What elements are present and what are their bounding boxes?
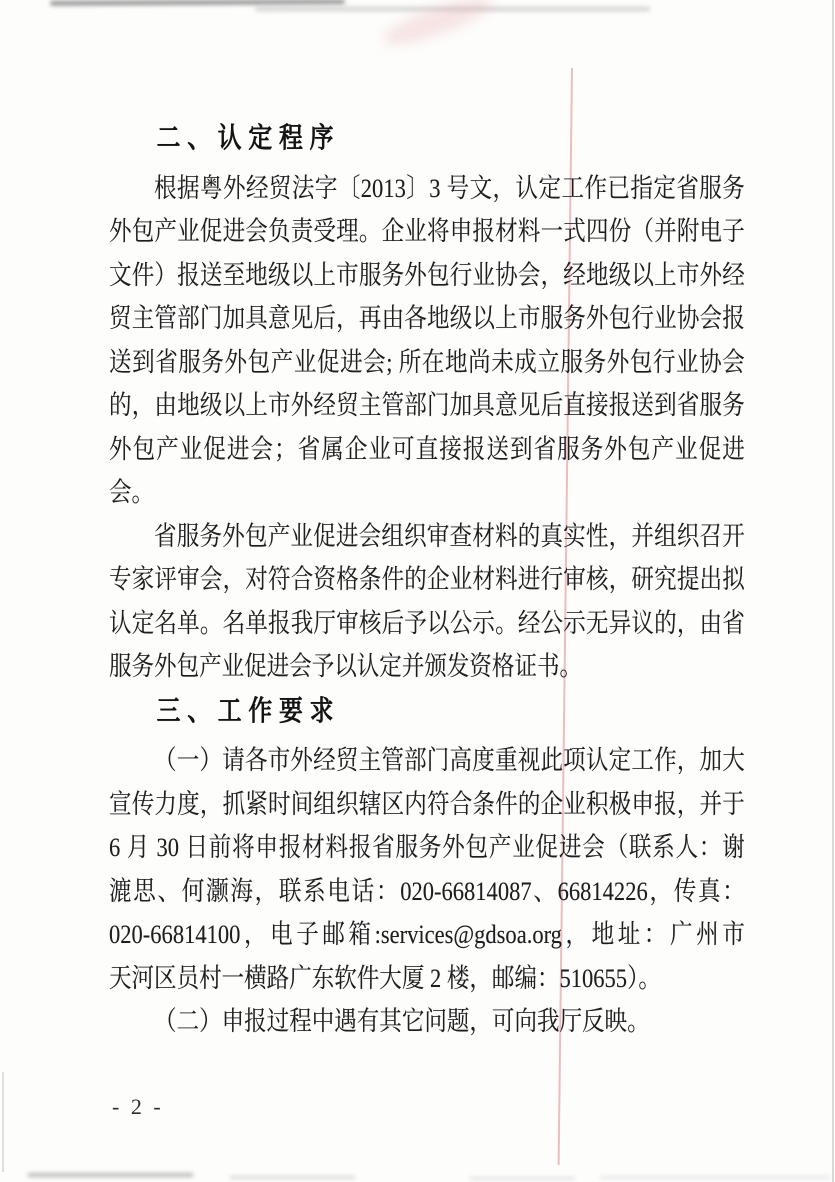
- page-edge-left-line: [2, 1072, 4, 1172]
- paragraph-line: 天河区员村一横路广东软件大厦 2 楼，邮编：510655）。: [109, 957, 745, 1001]
- scan-smudge-bottom-4: [600, 1176, 830, 1179]
- paragraph-line: 根据粤外经贸法字〔2013〕3 号文，认定工作已指定省服务: [109, 167, 745, 211]
- document-body: 二、认定程序 根据粤外经贸法字〔2013〕3 号文，认定工作已指定省服务 外包产…: [109, 116, 745, 1044]
- paragraph-line: 外包产业促进会；省属企业可直接报送到省服务外包产业促进: [109, 428, 745, 472]
- paragraph-line: （一）请各市外经贸主管部门高度重视此项认定工作，加大: [109, 739, 745, 783]
- paragraph-line: 送到省服务外包产业促进会; 所在地尚未成立服务外包行业协会: [109, 341, 745, 385]
- section-heading: 二、认定程序: [109, 116, 745, 160]
- paragraph-line: 漉思、何灏海，联系电话：020-66814087、66814226，传真：: [109, 870, 745, 914]
- scan-smudge-bottom-1: [28, 1173, 193, 1177]
- scanned-document-page: 二、认定程序 根据粤外经贸法字〔2013〕3 号文，认定工作已指定省服务 外包产…: [0, 0, 835, 1182]
- paragraph-line: 贸主管部门加具意见后，再由各地级以上市服务外包行业协会报: [109, 297, 745, 341]
- scan-smudge-top-center: [255, 7, 650, 11]
- scan-smudge-bottom-3: [470, 1177, 575, 1180]
- paragraph-line: 服务外包产业促进会予以认定并颁发资格证书。: [109, 645, 745, 689]
- page-number: - 2 -: [112, 1094, 164, 1120]
- paragraph-line: 6 月 30 日前将申报材料报省服务外包产业促进会（联系人：谢: [109, 826, 745, 870]
- section-heading: 三、工作要求: [109, 689, 745, 733]
- scan-smudge-top-left: [50, 0, 345, 6]
- paragraph-line: 文件）报送至地级以上市服务外包行业协会，经地级以上市外经: [109, 254, 745, 298]
- paragraph-line: 省服务外包产业促进会组织审查材料的真实性，并组织召开: [109, 515, 745, 559]
- paragraph-line: 外包产业促进会负责受理。企业将申报材料一式四份（并附电子: [109, 210, 745, 254]
- paragraph-line: 宣传力度，抓紧时间组织辖区内符合条件的企业积极申报，并于: [109, 783, 745, 827]
- paragraph-line: 认定名单。名单报我厅审核后予以公示。经公示无异议的，由省: [109, 602, 745, 646]
- scan-pink-mark: [379, 0, 496, 53]
- paragraph-line: 专家评审会，对符合资格条件的企业材料进行审核，研究提出拟: [109, 558, 745, 602]
- paragraph-line: 会。: [109, 471, 745, 515]
- scan-smudge-bottom-2: [230, 1176, 355, 1179]
- paragraph-line: （二）申报过程中遇有其它问题，可向我厅反映。: [109, 1000, 745, 1044]
- paragraph-line: 020-66814100，电子邮箱:services@gdsoa.org，地址：…: [109, 913, 745, 957]
- paragraph-line: 的，由地级以上市外经贸主管部门加具意见后直接报送到省服务: [109, 384, 745, 428]
- page-edge-right-line: [832, 0, 834, 1182]
